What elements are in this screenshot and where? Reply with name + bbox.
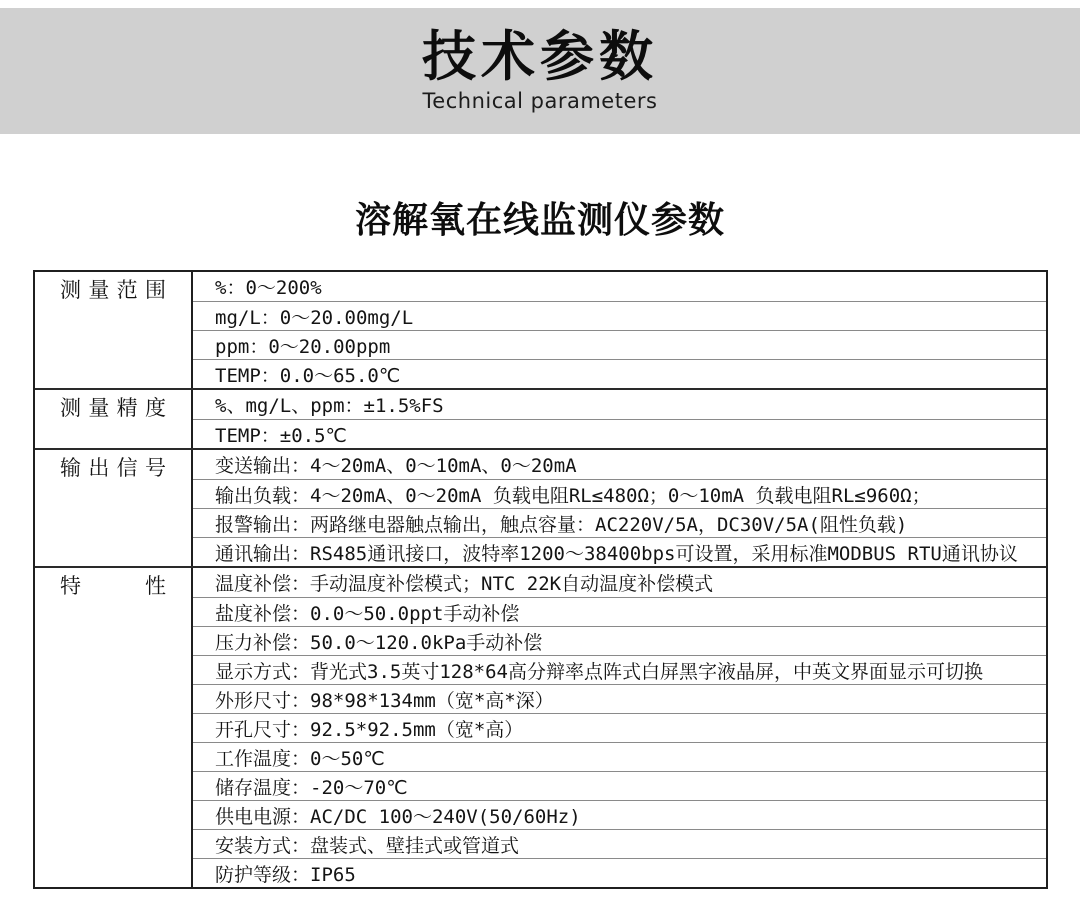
table-row: 通讯输出：RS485通讯接口，波特率1200～38400bps可设置，采用标准M… <box>193 537 1046 566</box>
table-section-measure-accuracy: 测量精度 %、mg/L、ppm：±1.5%FS TEMP：±0.5℃ <box>35 388 1046 448</box>
table-row: 报警输出：两路继电器触点输出，触点容量：AC220V/5A，DC30V/5A(阻… <box>193 508 1046 537</box>
page-subtitle: Technical parameters <box>423 89 658 113</box>
section-rows: 温度补偿：手动温度补偿模式；NTC 22K自动温度补偿模式 盐度补偿：0.0～5… <box>193 568 1046 887</box>
table-row: 外形尺寸：98*98*134mm（宽*高*深） <box>193 684 1046 713</box>
table-row: 防护等级：IP65 <box>193 858 1046 887</box>
section-rows: 变送输出：4～20mA、0～10mA、0～20mA 输出负载：4～20mA、0～… <box>193 450 1046 566</box>
section-rows: %：0～200% mg/L：0～20.00mg/L ppm：0～20.00ppm… <box>193 272 1046 388</box>
section-label: 特性 <box>60 572 166 600</box>
table-row: 压力补偿：50.0～120.0kPa手动补偿 <box>193 626 1046 655</box>
page-title: 技术参数 <box>422 29 658 86</box>
table-row: TEMP：0.0～65.0℃ <box>193 359 1046 388</box>
section-label-cell: 测量精度 <box>35 390 193 448</box>
table-row: 变送输出：4～20mA、0～10mA、0～20mA <box>193 450 1046 479</box>
table-row: 工作温度：0～50℃ <box>193 742 1046 771</box>
section-label: 测量范围 <box>60 276 166 304</box>
table-row: 盐度补偿：0.0～50.0ppt手动补偿 <box>193 597 1046 626</box>
table-section-measure-range: 测量范围 %：0～200% mg/L：0～20.00mg/L ppm：0～20.… <box>35 272 1046 388</box>
table-section-features: 特性 温度补偿：手动温度补偿模式；NTC 22K自动温度补偿模式 盐度补偿：0.… <box>35 566 1046 887</box>
table-row: %：0～200% <box>193 272 1046 301</box>
parameters-table: 测量范围 %：0～200% mg/L：0～20.00mg/L ppm：0～20.… <box>33 270 1048 889</box>
table-row: TEMP：±0.5℃ <box>193 419 1046 448</box>
page: 技术参数 Technical parameters 溶解氧在线监测仪参数 测量范… <box>0 0 1080 905</box>
section-rows: %、mg/L、ppm：±1.5%FS TEMP：±0.5℃ <box>193 390 1046 448</box>
table-row: 供电电源：AC/DC 100～240V(50/60Hz) <box>193 800 1046 829</box>
section-title: 溶解氧在线监测仪参数 <box>0 192 1080 243</box>
table-row: 储存温度：-20～70℃ <box>193 771 1046 800</box>
table-row: ppm：0～20.00ppm <box>193 330 1046 359</box>
table-section-output-signal: 输出信号 变送输出：4～20mA、0～10mA、0～20mA 输出负载：4～20… <box>35 448 1046 566</box>
section-label-cell: 输出信号 <box>35 450 193 566</box>
table-row: 开孔尺寸：92.5*92.5mm（宽*高） <box>193 713 1046 742</box>
header-banner: 技术参数 Technical parameters <box>0 8 1080 134</box>
section-label-cell: 测量范围 <box>35 272 193 388</box>
table-row: 温度补偿：手动温度补偿模式；NTC 22K自动温度补偿模式 <box>193 568 1046 597</box>
table-row: 安装方式：盘装式、壁挂式或管道式 <box>193 829 1046 858</box>
table-row: %、mg/L、ppm：±1.5%FS <box>193 390 1046 419</box>
section-label-cell: 特性 <box>35 568 193 887</box>
section-label: 输出信号 <box>60 454 166 482</box>
section-label: 测量精度 <box>60 394 166 422</box>
table-row: 显示方式：背光式3.5英寸128*64高分辩率点阵式白屏黑字液晶屏，中英文界面显… <box>193 655 1046 684</box>
table-row: 输出负载：4～20mA、0～20mA 负载电阻RL≤480Ω；0～10mA 负载… <box>193 479 1046 508</box>
table-row: mg/L：0～20.00mg/L <box>193 301 1046 330</box>
